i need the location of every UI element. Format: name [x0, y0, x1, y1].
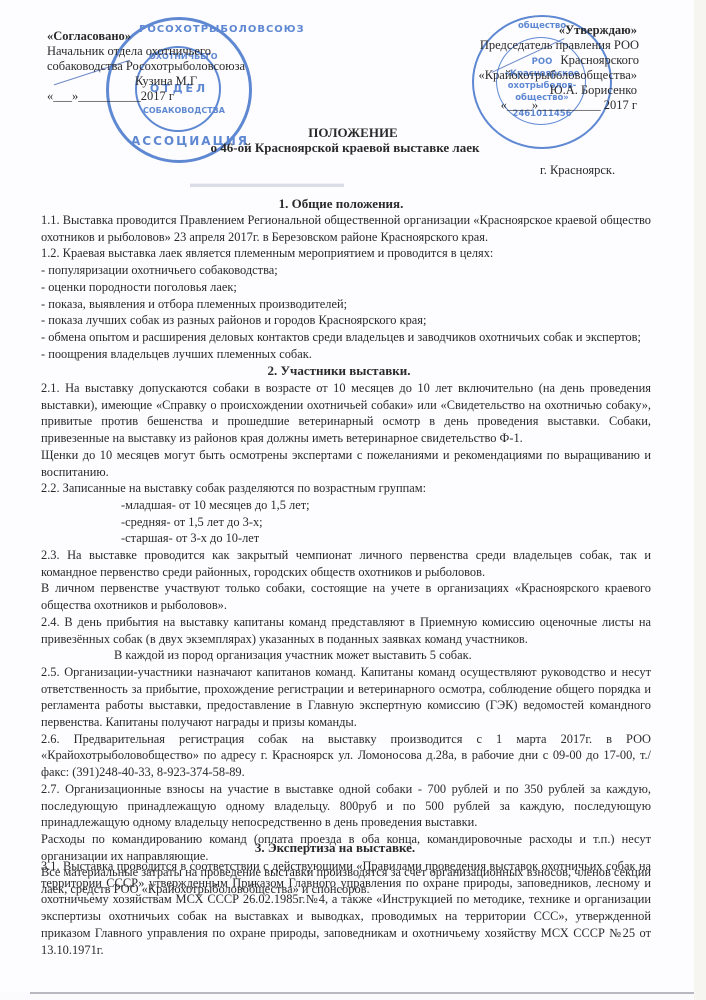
paragraph: 2.2. Записанные на выставку собак раздел…	[41, 480, 651, 497]
approval-block-left: «Согласовано» Начальник отдела охотничье…	[47, 29, 245, 104]
paragraph: 2.4. В день прибытия на выставку капитан…	[41, 614, 651, 647]
list-item: - популяризации охотничьего собаководств…	[41, 262, 651, 279]
approval-block-right: «Утверждаю» Председатель правления РОО К…	[400, 23, 637, 113]
list-item: - показа, выявления и отбора племенных п…	[41, 296, 651, 313]
paragraph: В личном первенстве участвуют только соб…	[41, 580, 651, 613]
section-heading-3: 3. Экспертиза на выставке.	[0, 840, 688, 856]
approval-label: «Утверждаю»	[400, 23, 637, 38]
stamp-ring-bottom-text: СОБАКОВОДСТВА	[143, 106, 225, 115]
list-item: - обмена опытом и расширения деловых кон…	[41, 329, 651, 346]
paragraph: 3.1. Выставка проводится в соответствии …	[41, 858, 651, 958]
paragraph: Щенки до 10 месяцев могут быть осмотрены…	[41, 447, 651, 480]
approver-organization: собаководства Росохотрыболовсоюза	[47, 59, 245, 74]
approver-name: Кузина М.Г	[47, 74, 245, 89]
approval-label: «Согласовано»	[47, 29, 245, 44]
paragraph: 2.1. На выставку допускаются собаки в во…	[41, 380, 651, 447]
page-bottom-edge	[30, 992, 694, 994]
bleed-through-text: ▬▬▬▬▬▬▬▬▬▬▬▬▬▬	[190, 178, 344, 190]
paragraph: 2.3. На выставке проводится как закрытый…	[41, 547, 651, 580]
document-title: ПОЛОЖЕНИЕ	[0, 125, 706, 141]
paragraph: В каждой из пород организация участник м…	[41, 647, 651, 664]
section-heading-1: 1. Общие положения.	[0, 196, 694, 212]
section-3-body: 3.1. Выставка проводится в соответствии …	[41, 858, 651, 958]
document-city: г. Красноярск.	[540, 163, 615, 178]
list-item: - поощрения владельцев лучших племенных …	[41, 346, 651, 363]
age-group-item: -средняя- от 1,5 лет до 3-х;	[41, 514, 651, 531]
approver-position: Председатель правления РОО Красноярского	[400, 38, 639, 68]
approval-date: «___»__________2017 г	[47, 89, 245, 104]
paragraph: 1.2. Краевая выставка лаек является плем…	[41, 245, 651, 262]
document-subtitle: о 46-ой Красноярской краевой выставке ла…	[0, 140, 698, 156]
approver-organization: «Крайохотрыболовобщества»	[400, 68, 637, 83]
section-1-body: 1.1. Выставка проводится Правлением Реги…	[41, 212, 651, 362]
approver-position: Начальник отдела охотничьего	[47, 44, 245, 59]
age-group-item: -младшая- от 10 месяцев до 1,5 лет;	[41, 497, 651, 514]
list-item: - оценки породности поголовья лаек;	[41, 279, 651, 296]
paragraph: 2.5. Организации-участники назначают кап…	[41, 664, 651, 731]
list-item: - показа лучших собак из разных районов …	[41, 312, 651, 329]
paragraph: 1.1. Выставка проводится Правлением Реги…	[41, 212, 651, 245]
section-heading-2: 2. Участники выставки.	[0, 363, 692, 379]
paragraph: 2.7. Организационные взносы на участие в…	[41, 781, 651, 831]
approval-date: «____»__________ 2017 г	[400, 98, 637, 113]
paragraph: 2.6. Предварительная регистрация собак н…	[41, 731, 651, 781]
section-2-body: 2.1. На выставку допускаются собаки в во…	[41, 380, 651, 898]
age-group-item: -старшая- от 3-х до 10-лет	[41, 530, 651, 547]
approver-name: Ю.А. Борисенко	[400, 83, 637, 98]
